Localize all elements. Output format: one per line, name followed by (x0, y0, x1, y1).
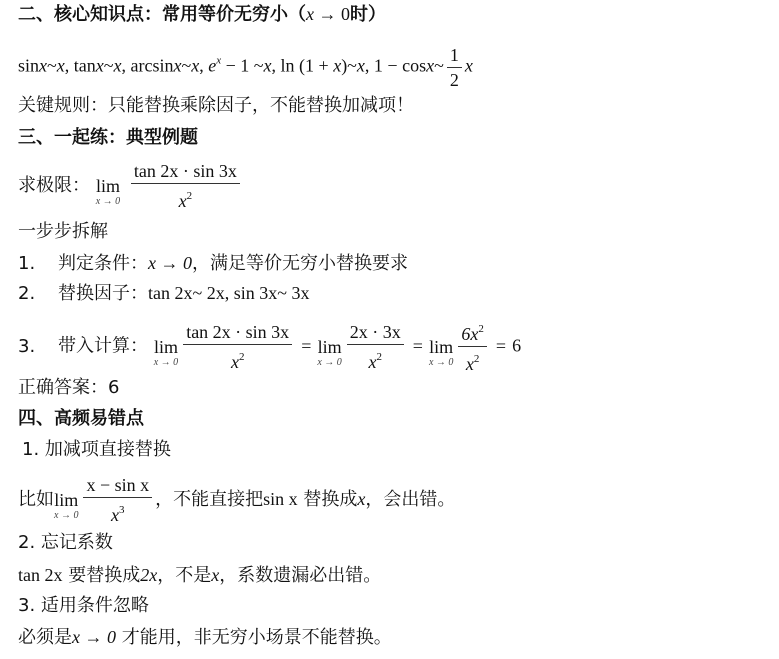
den-exp: 2 (474, 353, 480, 365)
fraction-numerator: tan 2x · sin 3x (183, 321, 292, 345)
math-tan2x: tan 2x (18, 565, 63, 585)
fraction-numerator: x − sin x (83, 474, 152, 498)
limit-operator: limx → 0 (96, 176, 120, 208)
lim-subscript: x → 0 (317, 357, 341, 369)
lim-word: lim (318, 337, 342, 357)
sim: ~ (182, 56, 192, 76)
steps-title: 一步步拆解 (18, 220, 108, 244)
step-label: 判定条件： (58, 253, 148, 274)
pitfall-1-example: 比如limx → 0x − sin xx3，不能直接把sin x 替换成x，会出… (18, 474, 455, 526)
problem-label: 求极限： (18, 175, 90, 196)
var-x: x (465, 56, 473, 76)
text-segment: 才能用，非无穷小场景不能替换。 (116, 627, 392, 648)
sim: ~ (47, 56, 57, 76)
den-var: x (369, 352, 377, 372)
var-x: x (174, 56, 182, 76)
section-2-title-close: 时） (350, 4, 386, 25)
problem-fraction: tan 2x · sin 3xx2 (131, 160, 240, 212)
var-x: x (39, 56, 47, 76)
equivalence-formula-line: sinx~x, tanx~x, arcsinx~x, ex − 1 ~x, ln… (18, 44, 473, 91)
section-4-title: 四、高频易错点 (18, 407, 144, 431)
step-math: x → 0 (148, 253, 192, 273)
fraction-numerator: 2x · 3x (347, 321, 404, 345)
section-2-title: 二、核心知识点：常用等价无穷小（x → 0时） (18, 2, 386, 27)
num-exp: 2 (478, 323, 484, 335)
fn-sin: sin (18, 56, 39, 76)
text-segment: 必须是 (18, 627, 72, 648)
step-label: 替换因子： (58, 283, 148, 304)
fn-one-minus-cos: 1 − cos (374, 56, 426, 76)
sim: ~ (434, 56, 444, 76)
step-text: ，满足等价无穷小替换要求 (192, 253, 408, 274)
ln-close: )~ (341, 56, 357, 76)
lim-word: lim (154, 337, 178, 357)
comma: , (199, 56, 208, 76)
text-segment: ，不是 (157, 565, 211, 586)
den-exp: 2 (239, 351, 245, 363)
minus-one: − 1 ~ (221, 56, 263, 76)
fraction-3: 6x2x2 (458, 318, 487, 375)
title-math-arrow: → 0 (314, 4, 350, 24)
num-base: 6x (461, 324, 478, 344)
fraction-denominator: x2 (179, 184, 193, 212)
key-rule: 关键规则：只能替换乘除因子，不能替换加减项！ (18, 94, 414, 118)
example-mid-2: 替换成 (298, 489, 358, 510)
lim-word: lim (429, 337, 453, 357)
step-number: 1. (18, 252, 58, 276)
var-x: x (333, 56, 341, 76)
example-fraction: x − sin xx3 (83, 474, 152, 526)
lim-word: lim (96, 176, 120, 196)
pitfall-1-heading: 1. 加减项直接替换 (22, 438, 171, 462)
comma: , (365, 56, 374, 76)
lim-subscript: x → 0 (96, 196, 120, 208)
step-2: 2.替换因子：tan 2x~ 2x, sin 3x~ 3x (18, 281, 309, 306)
text-segment: ，系数遗漏必出错。 (219, 565, 381, 586)
step-number: 3. (18, 335, 58, 359)
step-number: 2. (18, 282, 58, 306)
lim-subscript: x → 0 (154, 357, 178, 369)
section-2-title-text: 二、核心知识点：常用等价无穷小（ (18, 4, 306, 25)
fraction-denominator: x2 (231, 345, 245, 373)
fraction-numerator: 6x2 (458, 318, 487, 347)
fraction-one-half: 12 (447, 44, 462, 91)
example-math-sinx: sin x (263, 489, 298, 509)
math-2x: 2x (140, 565, 157, 585)
var-x: x (96, 56, 104, 76)
var-x: x (426, 56, 434, 76)
title-math-var: x (306, 4, 314, 24)
text-segment: 要替换成 (63, 565, 141, 586)
problem-statement: 求极限： limx → 0 tan 2x · sin 3xx2 (18, 160, 243, 212)
comma: , (122, 56, 131, 76)
step-1: 1.判定条件：x → 0，满足等价无穷小替换要求 (18, 251, 408, 276)
equals-sign: = (413, 336, 423, 356)
step-label: 带入计算： (58, 336, 148, 357)
pitfall-3-text: 必须是x → 0 才能用，非无穷小场景不能替换。 (18, 625, 392, 650)
math-x-to-0: x → 0 (72, 627, 116, 647)
example-prefix: 比如 (18, 489, 54, 510)
equals-sign: = (496, 336, 506, 356)
fraction-denominator: 2 (450, 68, 459, 91)
limit-operator: limx → 0 (429, 337, 453, 369)
section-3-title: 三、一起练：典型例题 (18, 126, 198, 150)
var-x: x (357, 56, 365, 76)
step-math: tan 2x~ 2x, sin 3x~ 3x (148, 283, 309, 303)
fn-arcsin: arcsin (131, 56, 174, 76)
correct-answer: 正确答案：6 (18, 376, 119, 400)
fraction-numerator: 1 (447, 44, 462, 68)
comma: , (65, 56, 74, 76)
fraction-denominator: x2 (369, 345, 383, 373)
step-result: 6 (512, 336, 521, 356)
fn-ln: ln (1 + (281, 56, 334, 76)
den-exp: 3 (119, 504, 125, 516)
limit-operator: limx → 0 (317, 337, 341, 369)
fraction-denominator: x2 (466, 347, 480, 375)
den-var: x (111, 505, 119, 525)
var-x: x (114, 56, 122, 76)
lim-word: lim (54, 490, 78, 510)
fraction-1: tan 2x · sin 3xx2 (183, 321, 292, 373)
den-exp: 2 (377, 351, 383, 363)
example-end: ，会出错。 (365, 489, 455, 510)
fraction-2: 2x · 3xx2 (347, 321, 404, 373)
pitfall-2-text: tan 2x 要替换成2x，不是x，系数遗漏必出错。 (18, 563, 381, 588)
step-3: 3.带入计算： limx → 0tan 2x · sin 3xx2=limx →… (18, 318, 521, 375)
var-x: x (57, 56, 65, 76)
fraction-denominator: x3 (111, 498, 125, 526)
var-x: x (264, 56, 272, 76)
limit-operator: limx → 0 (154, 337, 178, 369)
fraction-numerator: tan 2x · sin 3x (131, 160, 240, 184)
fn-tan: tan (74, 56, 96, 76)
lim-subscript: x → 0 (429, 357, 453, 369)
den-var: x (231, 352, 239, 372)
den-exp: 2 (187, 190, 193, 202)
den-var: x (466, 354, 474, 374)
sim: ~ (104, 56, 114, 76)
pitfall-3-heading: 3. 适用条件忽略 (18, 594, 149, 618)
equals-sign: = (301, 336, 311, 356)
example-mid: ，不能直接把 (155, 489, 263, 510)
limit-operator: limx → 0 (54, 490, 78, 522)
pitfall-2-heading: 2. 忘记系数 (18, 531, 113, 555)
den-var: x (179, 191, 187, 211)
comma: , (272, 56, 281, 76)
lim-subscript: x → 0 (54, 510, 78, 522)
